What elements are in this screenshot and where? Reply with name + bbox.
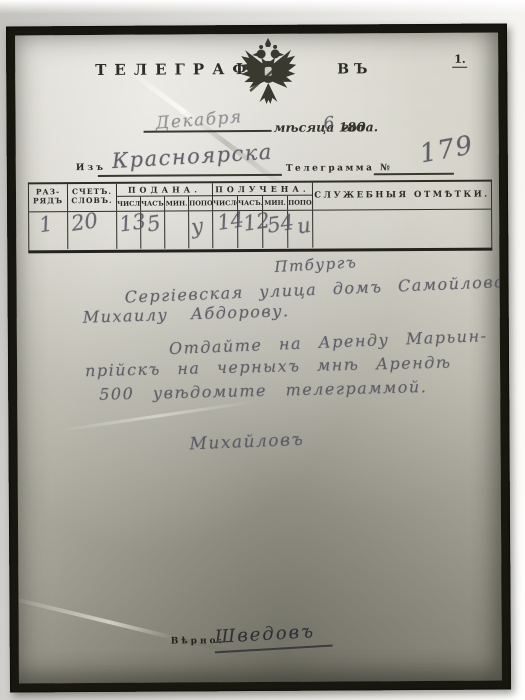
- message-body-line-2: прійскъ на черныхъ мнѣ Арендѣ: [85, 353, 452, 381]
- page-number: 1.: [452, 53, 468, 68]
- message-body-line-3: 500 увѣдомите телеграммой.: [99, 377, 427, 404]
- date-printed-suffix: года.: [342, 119, 379, 134]
- hw-razryad: 1: [38, 211, 55, 237]
- col-podana-header: ПОДАНА. ЧИСЛО. ЧАСЪ. МИН. ПОПОЛ.: [116, 183, 212, 211]
- paper-crease: [58, 400, 256, 432]
- col-poluchena-header: ПОЛУЧЕНА. ЧИСЛО. ЧАСЪ. МИН. ПОПОЛ.: [212, 183, 312, 211]
- form-title-suffix: ВЪ: [337, 61, 372, 77]
- handwritten-origin-city: Красноярска: [111, 140, 273, 173]
- sub-min: МИН.: [164, 196, 188, 210]
- col-sluzhebnye-header: СЛУЖЕБНЫЯ ОТМѢТКИ.: [312, 182, 491, 210]
- sub-chislo: ЧИСЛО.: [117, 197, 140, 211]
- date-rule: [144, 130, 272, 133]
- handwritten-table-values: 1 20 13 5 у 14 12 54 и: [29, 208, 491, 251]
- telegram-form-paper: ТЕЛЕГРАФЪ: [15, 33, 502, 684]
- origin-label: Изъ: [76, 163, 106, 173]
- message-destination-city: Птбургъ: [274, 253, 358, 276]
- verification-signature: Шведовъ: [214, 621, 315, 648]
- origin-rule: [98, 174, 282, 177]
- picture-frame: ТЕЛЕГРАФЪ: [6, 23, 511, 692]
- message-address-line: Сергіевская улица домъ Самойловой: [124, 272, 502, 307]
- sender-signature: Михайловъ: [189, 430, 305, 455]
- imperial-double-headed-eagle-icon: [239, 38, 297, 114]
- hw-poluchena-min: 54: [266, 210, 296, 238]
- hw-podana-chislo: 13: [118, 209, 148, 237]
- col-schet-slov-header: СЧЕТЪ.СЛОВЪ.: [67, 184, 116, 211]
- hw-podana-popol: у: [190, 214, 206, 240]
- hw-slov: 20: [70, 208, 100, 236]
- service-table: РАЗ-РЯДЪ СЧЕТЪ.СЛОВЪ. ПОДАНА. ЧИСЛО. ЧАС…: [28, 180, 492, 254]
- handwritten-year-digit: 6: [323, 113, 337, 134]
- hw-podana-chas: 5: [146, 211, 163, 237]
- telegram-number-rule: [374, 173, 454, 175]
- message-addressee-line: Михаилу Абдорову.: [82, 301, 289, 327]
- photo-of-framed-telegram: ТЕЛЕГРАФЪ: [0, 0, 525, 700]
- hw-poluchena-popol: и: [296, 213, 313, 239]
- col-razryad-header: РАЗ-РЯДЪ: [29, 184, 67, 211]
- telegram-number-label: Телеграмма №: [286, 163, 393, 174]
- handwritten-telegram-number: 179: [417, 130, 476, 169]
